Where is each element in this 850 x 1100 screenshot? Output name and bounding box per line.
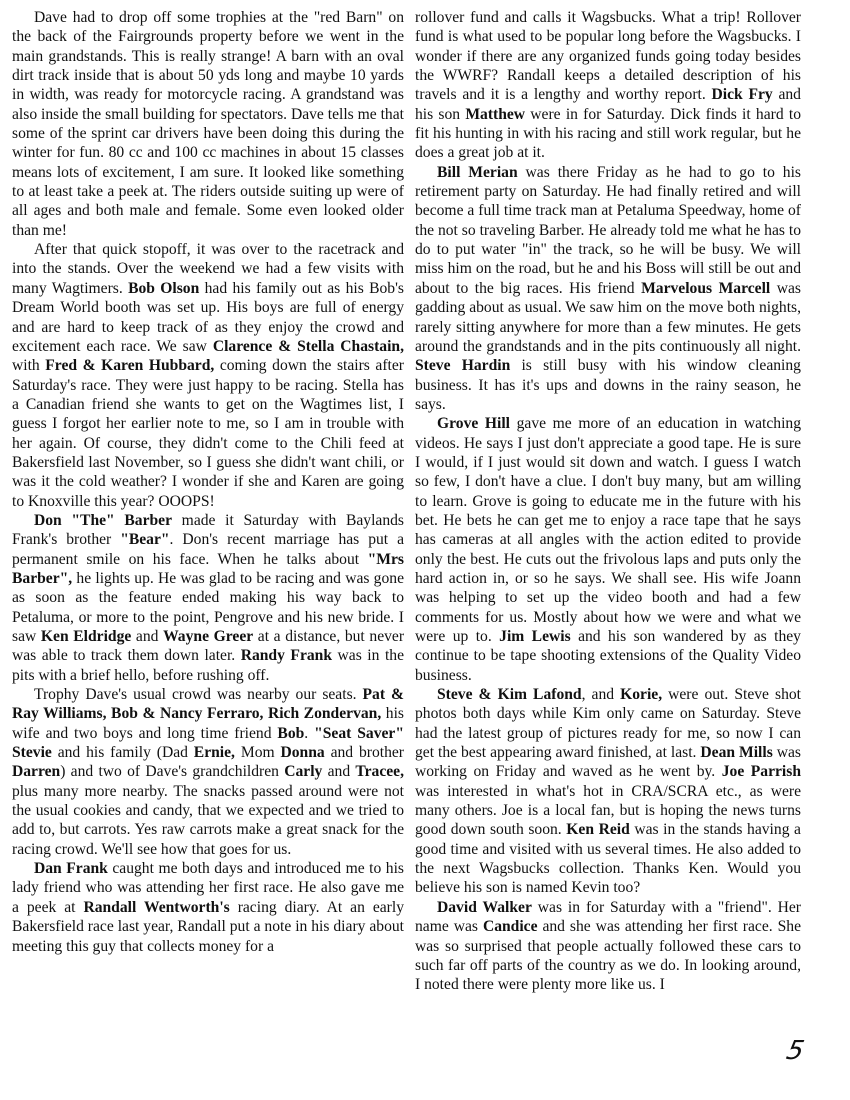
bold-name: "Bear" (120, 531, 169, 548)
text-run: Mom (235, 744, 281, 761)
text-run: . (304, 725, 314, 742)
bold-name: Jim Lewis (499, 628, 571, 645)
bold-name: Don "The" Barber (34, 512, 172, 529)
bold-name: Fred & Karen Hubbard, (45, 357, 214, 374)
bold-name: Donna (281, 744, 325, 761)
document-page: Dave had to drop off some trophies at th… (0, 0, 850, 1100)
text-run: Dave had to drop off some trophies at th… (12, 9, 404, 239)
bold-name: Ken Eldridge (41, 628, 131, 645)
right-column: rollover fund and calls it Wagsbucks. Wh… (415, 8, 801, 995)
text-run: gave me more of an education in watching… (415, 415, 801, 645)
bold-name: David Walker (437, 899, 532, 916)
bold-name: Steve Hardin (415, 357, 510, 374)
bold-name: Bob (277, 725, 304, 742)
paragraph: David Walker was in for Saturday with a … (415, 898, 801, 995)
paragraph: Dan Frank caught me both days and introd… (12, 859, 404, 956)
bold-name: Dean Mills (700, 744, 772, 761)
bold-name: Wayne Greer (163, 628, 253, 645)
bold-name: Ken Reid (566, 821, 629, 838)
bold-name: Carly (284, 763, 322, 780)
paragraph: Trophy Dave's usual crowd was nearby our… (12, 685, 404, 859)
text-run: and brother (325, 744, 404, 761)
bold-name: Dick Fry (712, 86, 773, 103)
paragraph: Bill Merian was there Friday as he had t… (415, 163, 801, 414)
bold-name: Korie, (620, 686, 662, 703)
bold-name: Tracee, (355, 763, 404, 780)
paragraph: Grove Hill gave me more of an education … (415, 414, 801, 685)
text-run: coming down the stairs after Saturday's … (12, 357, 404, 509)
paragraph: Steve & Kim Lafond, and Korie, were out.… (415, 685, 801, 898)
paragraph: Don "The" Barber made it Saturday with B… (12, 511, 404, 685)
bold-name: Clarence & Stella Chastain, (213, 338, 404, 355)
text-run: Trophy Dave's usual crowd was nearby our… (34, 686, 363, 703)
bold-name: Randall Wentworth's (83, 899, 229, 916)
bold-name: Darren (12, 763, 60, 780)
bold-name: Grove Hill (437, 415, 510, 432)
paragraph: Dave had to drop off some trophies at th… (12, 8, 404, 240)
bold-name: Ernie, (194, 744, 235, 761)
bold-name: Matthew (465, 106, 525, 123)
text-run: plus many more nearby. The snacks passed… (12, 783, 404, 858)
paragraph: After that quick stopoff, it was over to… (12, 240, 404, 511)
bold-name: Randy Frank (241, 647, 332, 664)
text-run: and (131, 628, 163, 645)
text-run: with (12, 357, 45, 374)
text-run: and his family (Dad (52, 744, 194, 761)
bold-name: Bob Olson (128, 280, 199, 297)
bold-name: Dan Frank (34, 860, 108, 877)
bold-name: Joe Parrish (722, 763, 801, 780)
text-run: and (322, 763, 355, 780)
text-run: , and (582, 686, 621, 703)
bold-name: Candice (483, 918, 538, 935)
text-run: ) and two of Dave's grandchildren (60, 763, 284, 780)
bold-name: Marvelous Marcell (641, 280, 770, 297)
left-column: Dave had to drop off some trophies at th… (12, 8, 404, 956)
text-run: was there Friday as he had to go to his … (415, 164, 801, 297)
paragraph: rollover fund and calls it Wagsbucks. Wh… (415, 8, 801, 163)
bold-name: Steve & Kim Lafond (437, 686, 582, 703)
page-number: 5 (784, 1036, 807, 1066)
bold-name: Bill Merian (437, 164, 518, 181)
